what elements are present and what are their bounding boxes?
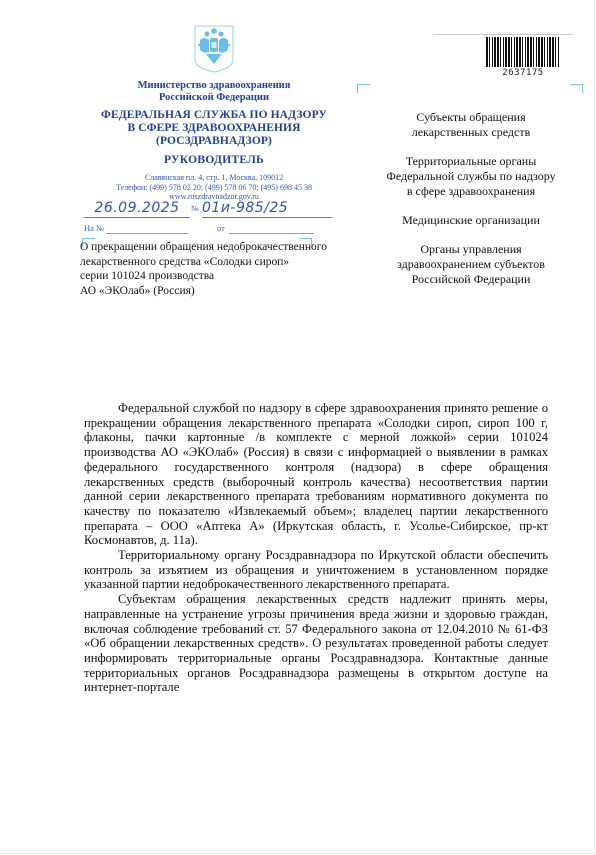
registration-line: 26.09.2025 № 01и-985/25 [84, 199, 324, 219]
barcode-icon [486, 37, 560, 67]
coat-of-arms-icon [192, 24, 236, 74]
addressee-corner-mark-right [570, 84, 583, 93]
reference-number-label: На № [84, 223, 104, 233]
registration-date: 26.09.2025 [84, 199, 190, 218]
body-paragraph: Федеральной службой по надзору в сфере з… [84, 401, 548, 548]
agency-name: ФЕДЕРАЛЬНАЯ СЛУЖБА ПО НАДЗОРУ В СФЕРЕ ЗД… [64, 109, 364, 148]
sender-address: Славянская пл. 4, стр. 1, Москва, 109012… [64, 173, 364, 202]
letterhead: Министерство здравоохранения Российской … [64, 24, 364, 202]
reference-number-field [106, 233, 188, 234]
addressee-item: Органы управления здравоохранением субъе… [364, 242, 578, 287]
addressee-item: Территориальные органы Федеральной служб… [364, 154, 578, 199]
addressee-corner-mark-left [357, 84, 370, 93]
addressee-item: Субъекты обращения лекарственных средств [364, 110, 578, 140]
reference-line: На № от [84, 222, 324, 236]
barcode-block: 2637175 [463, 34, 583, 78]
addressee-item: Медицинские организации [364, 213, 578, 228]
addressee-list: Субъекты обращения лекарственных средств… [364, 110, 578, 301]
reference-from-label: от [217, 223, 225, 233]
letter-body: Федеральной службой по надзору в сфере з… [84, 401, 548, 695]
registration-number-label: № [191, 204, 199, 213]
body-paragraph: Территориальному органу Росздравнадзора … [84, 548, 548, 592]
barcode-number: 2637175 [463, 68, 583, 78]
registration-number: 01и-985/25 [202, 199, 332, 218]
ministry-name: Министерство здравоохранения Российской … [64, 80, 364, 104]
body-paragraph: Субъектам обращения лекарственных средст… [84, 592, 548, 695]
sender-role: РУКОВОДИТЕЛЬ [64, 154, 364, 166]
letter-subject: О прекращении обращения недоброкачествен… [80, 240, 330, 298]
reference-from-field [229, 233, 314, 234]
